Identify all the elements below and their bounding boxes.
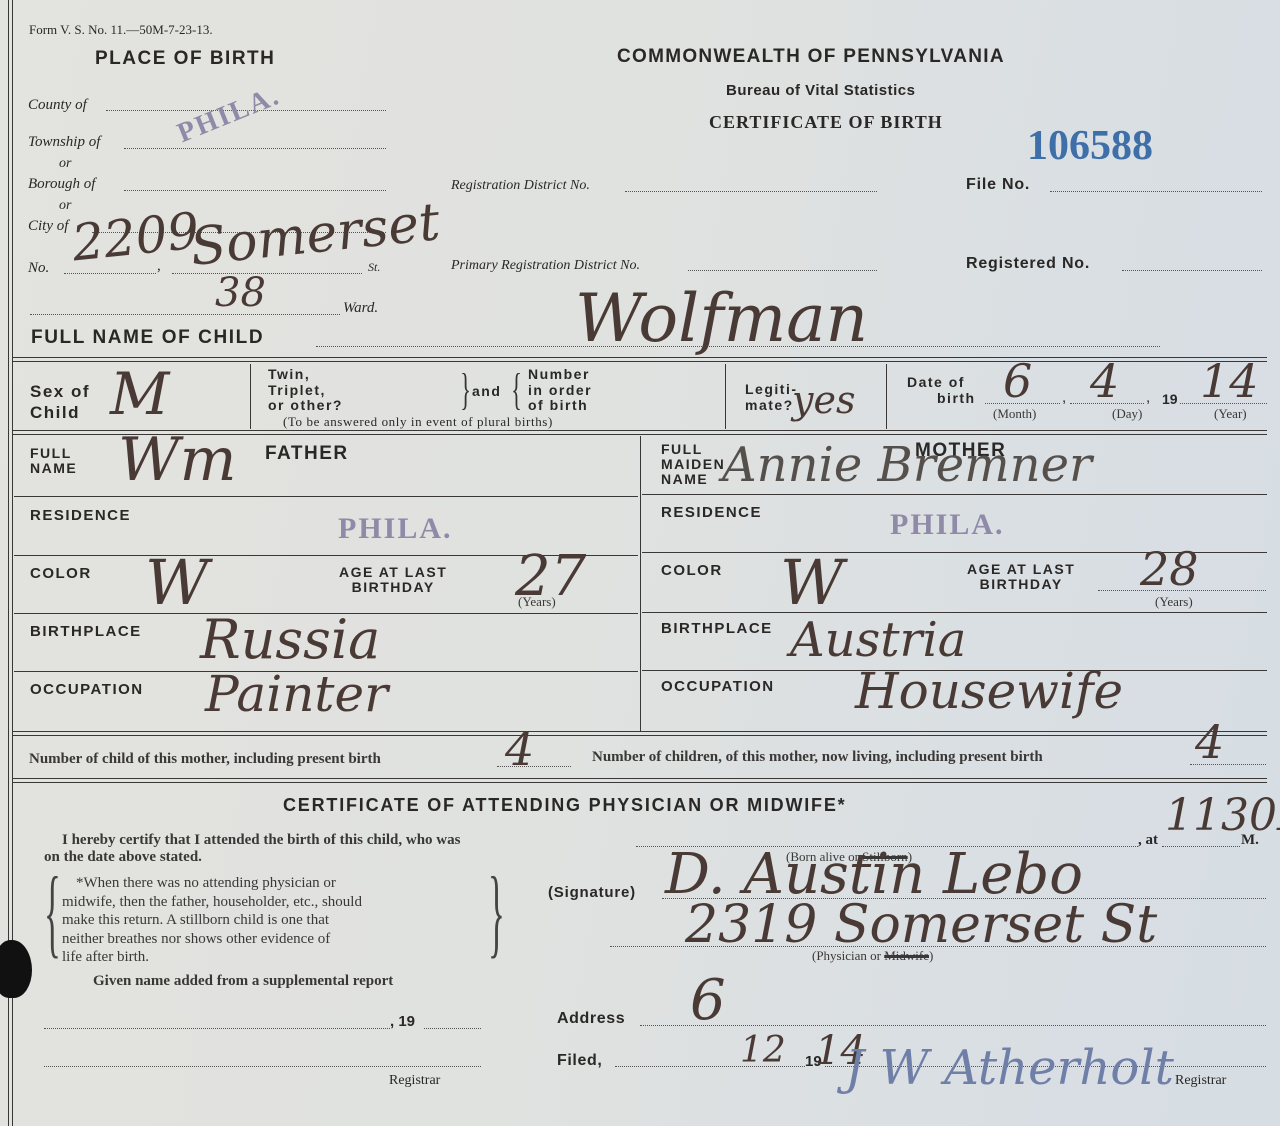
or-text-2: or xyxy=(59,198,71,214)
physician-caption-end: ) xyxy=(929,948,933,963)
mother-age-label-2: BIRTHDAY xyxy=(980,576,1063,592)
day-caption: (Day) xyxy=(1112,406,1142,422)
month-caption: (Month) xyxy=(993,406,1036,422)
child-name-value: Wolfman xyxy=(575,280,868,357)
birth-certificate: Form V. S. No. 11.—50M-7-23-13. PLACE OF… xyxy=(0,0,1280,1126)
brace-left: { xyxy=(511,364,522,415)
filed-label: Filed, xyxy=(557,1052,602,1070)
note-line-4: neither breathes nor shows other evidenc… xyxy=(62,930,482,949)
mother-color-label: COLOR xyxy=(661,562,723,579)
primary-registration-label: Primary Registration District No. xyxy=(451,258,640,274)
mother-age-label: AGE AT LASTBIRTHDAY xyxy=(967,562,1075,592)
children-living-value: 4 xyxy=(1195,715,1224,769)
registrar-label-right: Registrar xyxy=(1175,1073,1226,1089)
order-label-line-3: of birth xyxy=(528,397,588,413)
ward-field[interactable] xyxy=(30,314,340,315)
mother-birthplace-label: BIRTHPLACE xyxy=(661,620,773,637)
twin-label-line-3: or other? xyxy=(268,397,343,413)
legitimate-value: yes xyxy=(792,378,855,422)
note-line-3: make this return. A stillborn child is o… xyxy=(62,911,482,930)
twin-label: Twin,Triplet,or other? xyxy=(268,367,343,414)
father-name-value: Wm xyxy=(118,425,237,495)
file-no-field[interactable] xyxy=(1050,191,1262,192)
physician-caption-start: (Physician or xyxy=(812,948,884,963)
mother-occupation-label: OCCUPATION xyxy=(661,678,775,695)
street-name-value: Somerset xyxy=(188,192,443,278)
dob-month-value: 6 xyxy=(1003,354,1032,408)
physician-caption: (Physician or Midwife) xyxy=(812,948,933,964)
certificate-title: CERTIFICATE OF BIRTH xyxy=(709,112,943,133)
father-age-label: AGE AT LASTBIRTHDAY xyxy=(339,565,447,595)
date-stated-text: on the date above stated. xyxy=(44,849,202,866)
physician-address-value: 2319 Somerset St xyxy=(685,895,1157,955)
mother-residence-stamp: PHILA. xyxy=(890,508,1005,542)
father-age-label-1: AGE AT LAST xyxy=(339,564,447,580)
year-caption: (Year) xyxy=(1214,406,1247,422)
township-label: Township of xyxy=(28,134,100,151)
legit-label-line-2: mate? xyxy=(745,397,794,413)
stillborn-note: *When there was no attending physician o… xyxy=(62,874,482,967)
mother-name-label-1: FULL xyxy=(661,441,703,457)
midwife-struck: Midwife xyxy=(884,948,929,963)
birth-order-label: Numberin orderof birth xyxy=(528,367,592,414)
father-residence-stamp: PHILA. xyxy=(338,512,453,546)
dob-year-prefix: 19 xyxy=(1162,391,1178,407)
parents-divider xyxy=(640,436,641,732)
father-birthplace-value: Russia xyxy=(200,608,380,671)
signature-label: (Signature) xyxy=(548,884,636,901)
twin-label-line-1: Twin, xyxy=(268,366,310,382)
sex-label: Sex ofChild xyxy=(30,381,90,423)
borough-label: Borough of xyxy=(28,176,95,193)
dob-label-2: birth xyxy=(937,390,976,406)
or-text-1: or xyxy=(59,156,71,172)
certify-text: I hereby certify that I attended the bir… xyxy=(62,832,460,849)
comma: , xyxy=(1146,389,1150,406)
father-name-label-1: FULL xyxy=(30,445,72,461)
supplemental-label: Given name added from a supplemental rep… xyxy=(93,973,393,990)
registrar-signature: J W Atherholt xyxy=(845,1040,1174,1096)
street-number-field[interactable] xyxy=(64,273,156,274)
father-occupation-label: OCCUPATION xyxy=(30,681,144,698)
supplemental-year-prefix: , 19 xyxy=(390,1013,415,1030)
township-field[interactable] xyxy=(124,148,386,149)
divider xyxy=(886,364,887,429)
divider xyxy=(14,496,638,497)
divider xyxy=(12,778,1267,783)
father-section-title: FATHER xyxy=(265,443,349,465)
order-label-line-1: Number xyxy=(528,366,590,382)
divider xyxy=(642,494,1267,495)
father-birthplace-label: BIRTHPLACE xyxy=(30,623,142,640)
address-label: Address xyxy=(557,1010,625,1028)
divider xyxy=(250,364,251,429)
sex-label-line-1: Sex of xyxy=(30,382,90,401)
birth-time-field[interactable] xyxy=(1162,846,1240,847)
divider xyxy=(12,731,1267,736)
note-brace-right: } xyxy=(488,862,505,962)
father-color-label: COLOR xyxy=(30,565,92,582)
mother-residence-label: RESIDENCE xyxy=(661,504,762,521)
registration-district-label: Registration District No. xyxy=(451,178,590,194)
number-of-child-value: 4 xyxy=(505,722,534,776)
mother-name-label: FULLMAIDENNAME xyxy=(661,442,725,487)
father-residence-label: RESIDENCE xyxy=(30,507,131,524)
registration-district-field[interactable] xyxy=(625,191,877,192)
ward-label: Ward. xyxy=(343,300,378,317)
filed-month-value: 6 xyxy=(690,968,726,1033)
form-id: Form V. S. No. 11.—50M-7-23-13. xyxy=(29,22,213,38)
divider xyxy=(725,364,726,429)
mother-birthplace-value: Austria xyxy=(790,612,966,668)
ink-blot xyxy=(0,940,32,998)
city-label: City of xyxy=(28,218,68,235)
father-name-label: FULLNAME xyxy=(30,446,77,476)
comma: , xyxy=(1062,389,1066,406)
file-no-label: File No. xyxy=(966,176,1030,194)
primary-registration-field[interactable] xyxy=(688,270,877,271)
mother-age-label-1: AGE AT LAST xyxy=(967,561,1075,577)
filed-day-value: 12 xyxy=(740,1030,786,1071)
note-brace-left: { xyxy=(44,862,61,962)
borough-field[interactable] xyxy=(124,190,386,191)
sex-label-line-2: Child xyxy=(30,403,80,422)
street-number-value: 2209 xyxy=(69,202,202,273)
address-field[interactable] xyxy=(640,1025,1266,1026)
brace-right: } xyxy=(460,364,471,415)
supplemental-name-field[interactable] xyxy=(44,1028,390,1029)
legit-label-line-1: Legiti- xyxy=(745,381,798,397)
note-line-5: life after birth. xyxy=(62,948,482,967)
children-living-label: Number of children, of this mother, now … xyxy=(592,749,1043,766)
street-suffix-label: St. xyxy=(368,260,380,275)
commonwealth-title: COMMONWEALTH OF PENNSYLVANIA xyxy=(617,46,1005,68)
child-name-label: FULL NAME OF CHILD xyxy=(31,327,264,349)
place-of-birth-title: PLACE OF BIRTH xyxy=(95,48,275,70)
mother-name-label-3: NAME xyxy=(661,471,708,487)
and-label: and xyxy=(472,383,501,399)
birth-time-value: 1130P xyxy=(1165,790,1280,841)
divider xyxy=(12,357,1267,362)
order-label-line-2: in order xyxy=(528,382,592,398)
dob-label-1: Date of xyxy=(907,374,965,390)
city-stamp: PHILA. xyxy=(173,80,285,150)
father-age-label-2: BIRTHDAY xyxy=(352,579,435,595)
mother-name-label-2: MAIDEN xyxy=(661,456,725,472)
number-of-child-label: Number of child of this mother, includin… xyxy=(29,751,381,768)
legitimate-label: Legiti-mate? xyxy=(745,382,798,413)
supplemental-year-field[interactable] xyxy=(424,1028,481,1029)
dob-day-value: 4 xyxy=(1090,354,1119,408)
ward-value: 38 xyxy=(215,270,266,316)
at-label: , at xyxy=(1138,832,1158,849)
twin-label-line-2: Triplet, xyxy=(268,382,326,398)
registrar-label-left: Registrar xyxy=(389,1073,440,1089)
sex-value: M xyxy=(110,360,169,428)
supplemental-registrar-field[interactable] xyxy=(44,1066,481,1067)
dob-year-value: 14 xyxy=(1200,354,1259,408)
mother-age-value: 28 xyxy=(1140,542,1199,596)
father-name-label-2: NAME xyxy=(30,460,77,476)
registered-no-label: Registered No. xyxy=(966,255,1090,273)
mother-name-value: Annie Bremner xyxy=(722,437,1092,493)
mother-color-value: W xyxy=(780,546,844,619)
registered-no-field[interactable] xyxy=(1122,270,1262,271)
plural-note: (To be answered only in event of plural … xyxy=(283,414,553,430)
bureau-title: Bureau of Vital Statistics xyxy=(726,82,915,99)
note-line-1: *When there was no attending physician o… xyxy=(62,874,482,893)
certificate-number-stamp: 106588 xyxy=(1027,122,1153,170)
note-line-2: midwife, then the father, householder, e… xyxy=(62,893,482,912)
street-no-label: No. xyxy=(28,260,49,277)
physician-certificate-title: CERTIFICATE OF ATTENDING PHYSICIAN OR MI… xyxy=(283,795,846,816)
county-label: County of xyxy=(28,97,87,114)
father-occupation-value: Painter xyxy=(205,665,388,723)
mother-years-caption: (Years) xyxy=(1155,594,1193,610)
father-years-caption: (Years) xyxy=(518,594,556,610)
mother-occupation-value: Housewife xyxy=(855,662,1123,720)
